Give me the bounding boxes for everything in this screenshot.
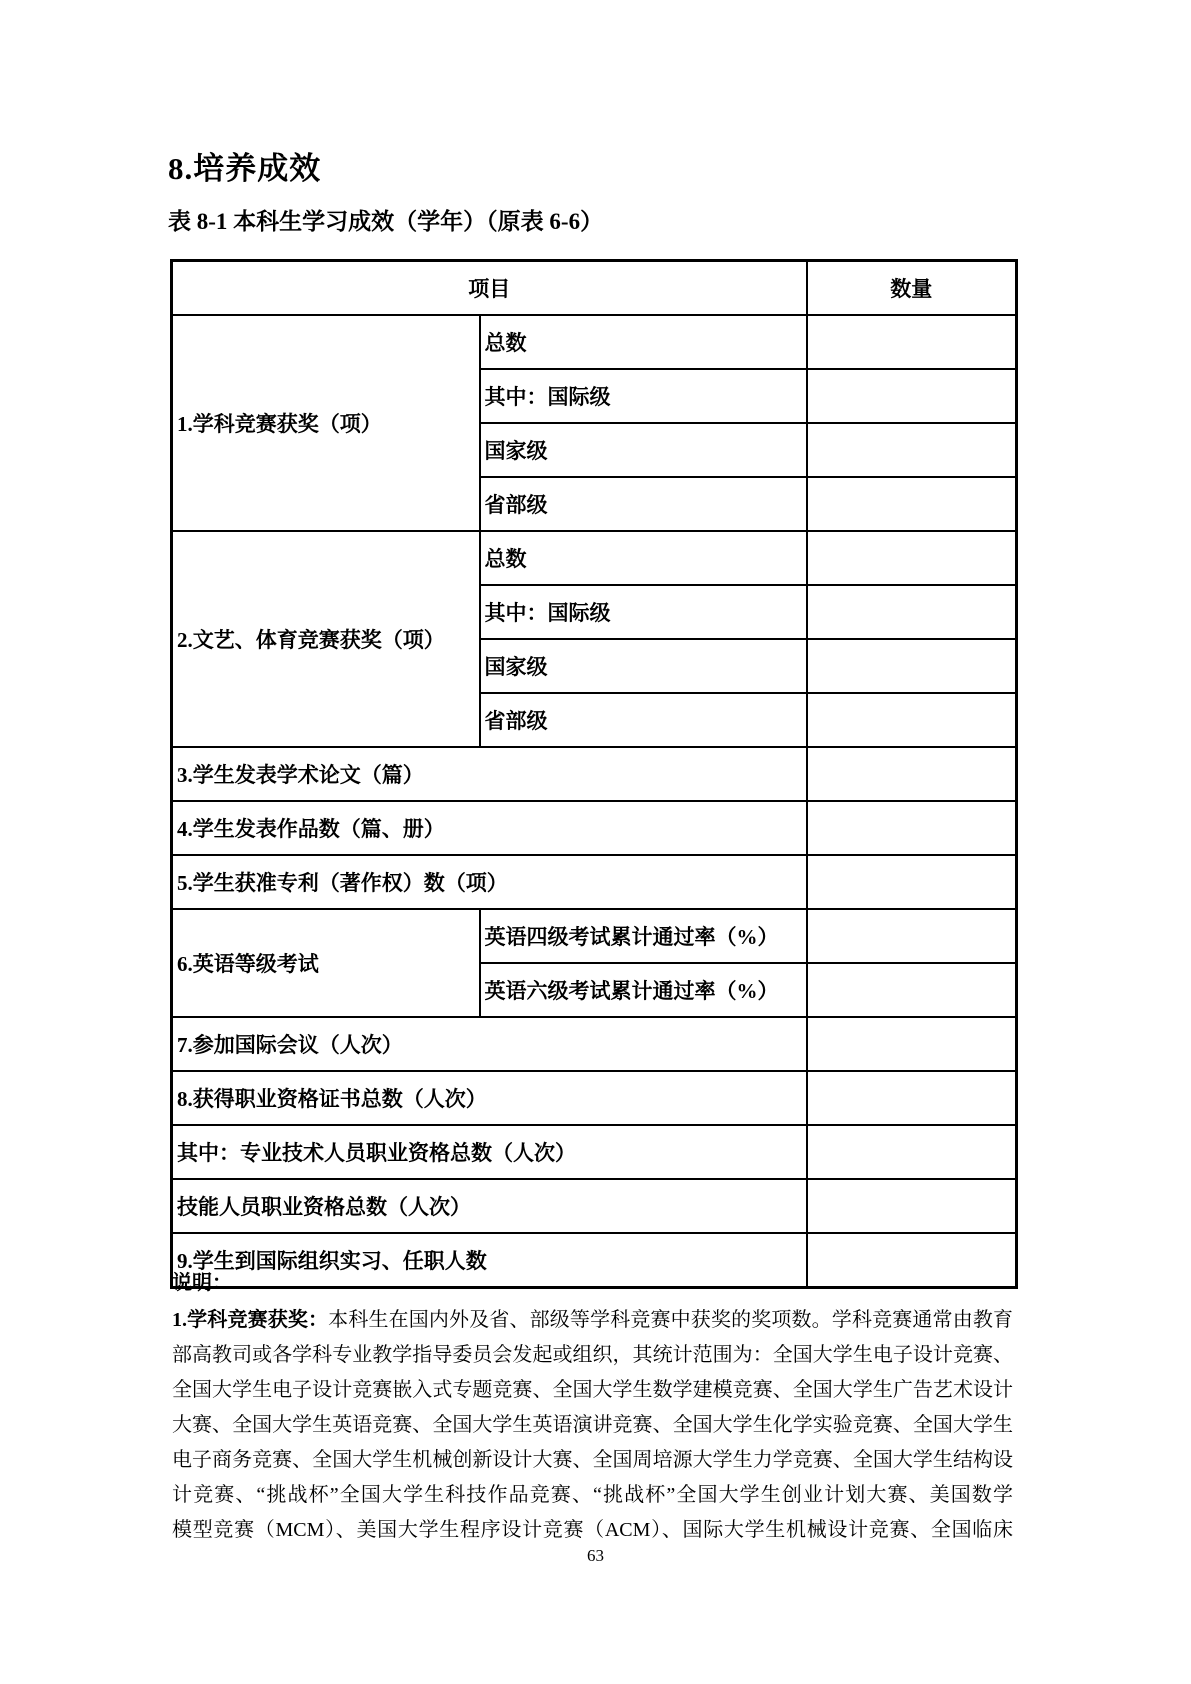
table-row: 6.英语等级考试 英语四级考试累计通过率（%）	[172, 909, 1017, 963]
group6-subitem-cet6: 英语六级考试累计通过率（%）	[480, 963, 807, 1017]
table-header-row: 项目 数量	[172, 261, 1017, 316]
row8a-label-cell: 其中：专业技术人员职业资格总数（人次）	[172, 1125, 807, 1179]
table-row: 5.学生获准专利（著作权）数（项）	[172, 855, 1017, 909]
section-title: 8.培养成效	[168, 143, 321, 188]
notes-paragraph: 1.学科竞赛获奖：本科生在国内外及省、部级等学科竞赛中获奖的奖项数。学科竞赛通常…	[172, 1303, 1013, 1548]
page-number: 63	[0, 1546, 1191, 1566]
quantity-cell	[807, 1179, 1017, 1233]
group6-label-cell: 6.英语等级考试	[172, 909, 480, 1017]
table-row: 8.获得职业资格证书总数（人次）	[172, 1071, 1017, 1125]
document-page: 8.培养成效 表 8-1 本科生学习成效（学年）（原表 6-6） 项目 数量 1…	[0, 0, 1191, 1684]
row9-label-cell: 9.学生到国际组织实习、任职人数	[172, 1233, 807, 1288]
quantity-cell	[807, 585, 1017, 639]
quantity-cell	[807, 315, 1017, 369]
table-row: 3.学生发表学术论文（篇）	[172, 747, 1017, 801]
group6-subitem-cet4: 英语四级考试累计通过率（%）	[480, 909, 807, 963]
quantity-cell	[807, 963, 1017, 1017]
student-outcomes-table: 项目 数量 1.学科竞赛获奖（项） 总数 其中：国际级 国家级 省部级	[170, 259, 1018, 1289]
quantity-cell	[807, 423, 1017, 477]
group1-subitem-total: 总数	[480, 315, 807, 369]
note-item1-term: 1.学科竞赛获奖：	[172, 1309, 328, 1331]
quantity-cell	[807, 1233, 1017, 1288]
group2-subitem-international: 其中：国际级	[480, 585, 807, 639]
row5-label-cell: 5.学生获准专利（著作权）数（项）	[172, 855, 807, 909]
table-row: 1.学科竞赛获奖（项） 总数	[172, 315, 1017, 369]
group2-label-cell: 2.文艺、体育竞赛获奖（项）	[172, 531, 480, 747]
quantity-cell	[807, 801, 1017, 855]
quantity-cell	[807, 855, 1017, 909]
note-line: 1.学科竞赛获奖：本科生在国内外及省、部级等学科竞赛中获奖的奖项数。学科竞赛通常…	[172, 1303, 1013, 1338]
note-line: 部高教司或各学科专业教学指导委员会发起或组织，其统计范围为：全国大学生电子设计竞…	[172, 1338, 1013, 1373]
quantity-cell	[807, 369, 1017, 423]
quantity-cell	[807, 693, 1017, 747]
group1-subitem-provincial: 省部级	[480, 477, 807, 531]
quantity-cell	[807, 531, 1017, 585]
quantity-cell	[807, 909, 1017, 963]
row8b-label-cell: 技能人员职业资格总数（人次）	[172, 1179, 807, 1233]
group2-subitem-provincial: 省部级	[480, 693, 807, 747]
quantity-cell	[807, 747, 1017, 801]
table-row: 9.学生到国际组织实习、任职人数	[172, 1233, 1017, 1288]
note-line: 电子商务竞赛、全国大学生机械创新设计大赛、全国周培源大学生力学竞赛、全国大学生结…	[172, 1443, 1013, 1478]
row7-label-cell: 7.参加国际会议（人次）	[172, 1017, 807, 1071]
row8-label-cell: 8.获得职业资格证书总数（人次）	[172, 1071, 807, 1125]
group1-label-cell: 1.学科竞赛获奖（项）	[172, 315, 480, 531]
quantity-cell	[807, 477, 1017, 531]
column-header-quantity: 数量	[807, 261, 1017, 316]
table-row: 7.参加国际会议（人次）	[172, 1017, 1017, 1071]
row3-label-cell: 3.学生发表学术论文（篇）	[172, 747, 807, 801]
quantity-cell	[807, 1125, 1017, 1179]
group2-subitem-total: 总数	[480, 531, 807, 585]
note-line: 计竞赛、“挑战杯”全国大学生科技作品竞赛、“挑战杯”全国大学生创业计划大赛、美国…	[172, 1478, 1013, 1513]
table-caption: 表 8-1 本科生学习成效（学年）（原表 6-6）	[168, 203, 603, 236]
group1-subitem-international: 其中：国际级	[480, 369, 807, 423]
note-line-text: 本科生在国内外及省、部级等学科竞赛中获奖的奖项数。学科竞赛通常由教育	[328, 1309, 1013, 1331]
quantity-cell	[807, 1017, 1017, 1071]
note-line: 大赛、全国大学生英语竞赛、全国大学生英语演讲竞赛、全国大学生化学实验竞赛、全国大…	[172, 1408, 1013, 1443]
note-line: 全国大学生电子设计竞赛嵌入式专题竞赛、全国大学生数学建模竞赛、全国大学生广告艺术…	[172, 1373, 1013, 1408]
column-header-item: 项目	[172, 261, 807, 316]
table-row: 技能人员职业资格总数（人次）	[172, 1179, 1017, 1233]
quantity-cell	[807, 1071, 1017, 1125]
group2-subitem-national: 国家级	[480, 639, 807, 693]
table-row: 2.文艺、体育竞赛获奖（项） 总数	[172, 531, 1017, 585]
note-line: 模型竞赛（MCM）、美国大学生程序设计竞赛（ACM）、国际大学生机械设计竞赛、全…	[172, 1513, 1013, 1548]
quantity-cell	[807, 639, 1017, 693]
row4-label-cell: 4.学生发表作品数（篇、册）	[172, 801, 807, 855]
table-row: 其中：专业技术人员职业资格总数（人次）	[172, 1125, 1017, 1179]
group1-subitem-national: 国家级	[480, 423, 807, 477]
table-row: 4.学生发表作品数（篇、册）	[172, 801, 1017, 855]
notes-label: 说明：	[172, 1266, 232, 1295]
